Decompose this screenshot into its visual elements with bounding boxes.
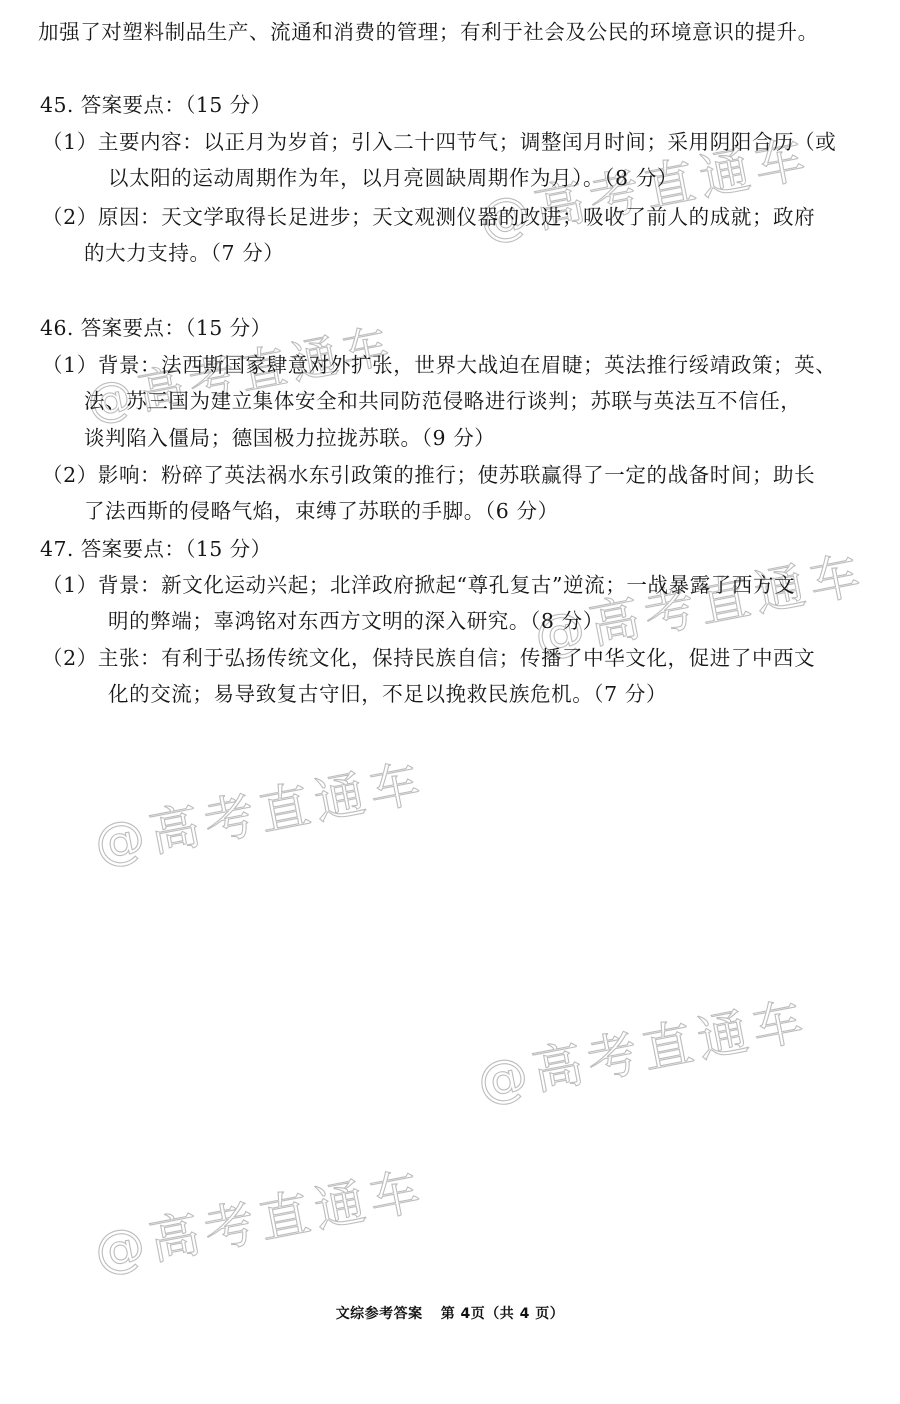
question-46-heading: 46. 答案要点：（15 分）	[40, 313, 271, 343]
continuation-text: 加强了对塑料制品生产、流通和消费的管理；有利于社会及公民的环境意识的提升。	[38, 17, 819, 47]
footer-subject: 文综参考答案	[336, 1306, 423, 1322]
watermark: @高考直通车	[90, 757, 429, 870]
question-47-point-1-line-2: 明的弊端；辜鸿铭对东西方文明的深入研究。（8 分）	[108, 606, 604, 636]
question-45-point-1-line-1: （1）主要内容：以正月为岁首；引入二十四节气；调整闰月时间；采用阴阳合历（或	[42, 127, 836, 157]
question-47-point-1-line-1: （1）背景：新文化运动兴起；北洋政府掀起“尊孔复古”逆流；一战暴露了西方文	[42, 570, 795, 600]
watermark: @高考直通车	[90, 1165, 429, 1278]
question-45-point-2-line-1: （2）原因：天文学取得长足进步；天文观测仪器的改进；吸收了前人的成就；政府	[42, 202, 815, 232]
watermark: @高考直通车	[473, 995, 812, 1108]
question-46-point-1-line-3: 谈判陷入僵局；德国极力拉拢苏联。（9 分）	[84, 423, 495, 453]
question-46-point-2-line-2: 了法西斯的侵略气焰，束缚了苏联的手脚。（6 分）	[84, 496, 559, 526]
question-46-point-1-line-1: （1）背景：法西斯国家肆意对外扩张，世界大战迫在眉睫；英法推行绥靖政策；英、	[42, 350, 836, 380]
question-47-heading: 47. 答案要点：（15 分）	[40, 534, 271, 564]
question-45-point-2-line-2: 的大力支持。（7 分）	[84, 238, 284, 268]
footer-page-info: 第 4页（共 4 页）	[441, 1306, 565, 1322]
question-46-point-2-line-1: （2）影响：粉碎了英法祸水东引政策的推行；使苏联赢得了一定的战备时间；助长	[42, 460, 815, 490]
document-page: @高考直通车 @高考直通车 @高考直通车 @高考直通车 @高考直通车 @高考直通…	[0, 0, 900, 1404]
page-footer: 文综参考答案第 4页（共 4 页）	[0, 1303, 900, 1323]
question-46-point-1-line-2: 法、苏三国为建立集体安全和共同防范侵略进行谈判；苏联与英法互不信任，	[84, 386, 801, 416]
question-47-point-2-line-1: （2）主张：有利于弘扬传统文化，保持民族自信；传播了中华文化，促进了中西文	[42, 643, 815, 673]
question-47-point-2-line-2: 化的交流；易导致复古守旧，不足以挽救民族危机。（7 分）	[108, 679, 667, 709]
question-45-heading: 45. 答案要点：（15 分）	[40, 90, 271, 120]
question-45-point-1-line-2: 以太阳的运动周期作为年，以月亮圆缺周期作为月）。（8 分）	[108, 163, 678, 193]
